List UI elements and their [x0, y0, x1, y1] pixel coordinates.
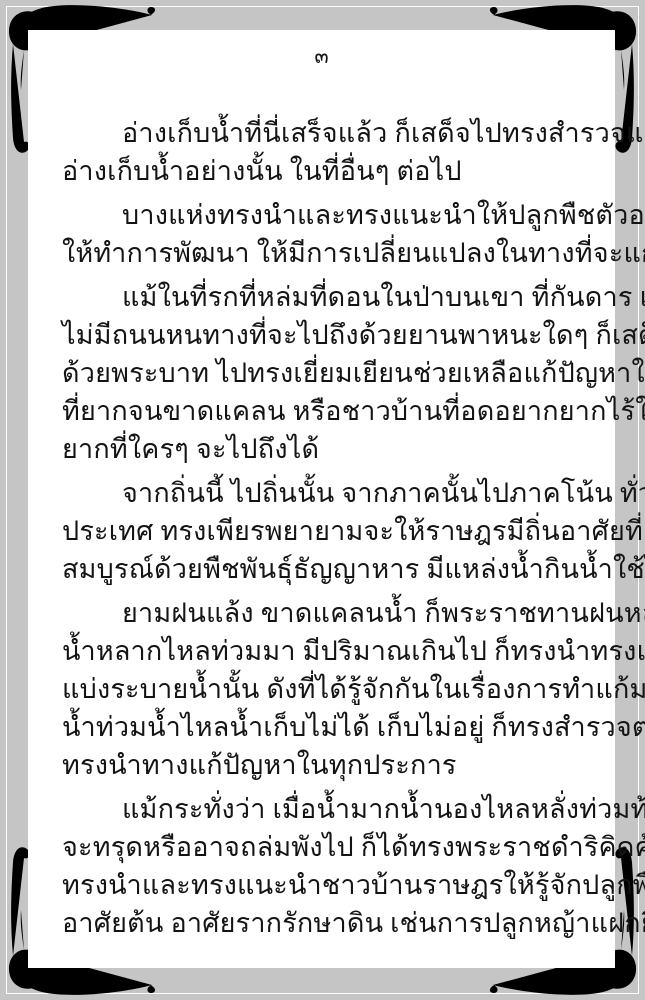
text-line: แบ่งระบายน้ำนั้น ดังที่ได้รู้จักกันในเรื… — [62, 670, 583, 708]
text-line: จากถิ่นนี้ ไปถิ่นนั้น จากภาคนั้นไปภาคโน้… — [62, 474, 583, 512]
text-line: ยากที่ใครๆ จะไปถึงได้ — [62, 430, 583, 468]
text-line: ทรงนำทางแก้ปัญหาในทุกประการ — [62, 746, 583, 784]
paragraph-5: ยามฝนแล้ง ขาดแคลนน้ำ ก็พระราชทานฝนหลวง ย… — [62, 594, 583, 784]
text-line: อ่างเก็บน้ำอย่างนั้น ในที่อื่นๆ ต่อไป — [62, 152, 583, 190]
book-page: ๓ อ่างเก็บน้ำที่นี่เสร็จแล้ว ก็เสด็จไปทร… — [0, 0, 645, 1000]
text-line: อาศัยต้น อาศัยรากรักษาดิน เช่นการปลูกหญ้… — [62, 904, 583, 942]
paragraph-2: บางแห่งทรงนำและทรงแนะนำให้ปลูกพืชตัวอย่า… — [62, 196, 583, 272]
page-sheet: ๓ อ่างเก็บน้ำที่นี่เสร็จแล้ว ก็เสด็จไปทร… — [28, 30, 615, 968]
body-text: อ่างเก็บน้ำที่นี่เสร็จแล้ว ก็เสด็จไปทรงส… — [62, 114, 583, 948]
text-line: จะทรุดหรืออาจถล่มพังไป ก็ได้ทรงพระราชดำร… — [62, 828, 583, 866]
paragraph-1: อ่างเก็บน้ำที่นี่เสร็จแล้ว ก็เสด็จไปทรงส… — [62, 114, 583, 190]
text-line: ที่ยากจนขาดแคลน หรือชาวบ้านที่อดอยากยากไ… — [62, 392, 583, 430]
text-line: น้ำท่วมน้ำไหลน้ำเก็บไม่ได้ เก็บไม่อยู่ ก… — [62, 708, 583, 746]
paragraph-6: แม้กระทั่งว่า เมื่อน้ำมากน้ำนองไหลหลั่งท… — [62, 790, 583, 942]
page-number: ๓ — [28, 40, 615, 72]
text-line: สมบูรณ์ด้วยพืชพันธุ์ธัญญาหาร มีแหล่งน้ำก… — [62, 550, 583, 588]
text-line: บางแห่งทรงนำและทรงแนะนำให้ปลูกพืชตัวอย่า… — [62, 196, 583, 234]
text-line: ประเทศ ทรงเพียรพยายามจะให้ราษฎรมีถิ่นอาศ… — [62, 512, 583, 550]
text-line: แม้กระทั่งว่า เมื่อน้ำมากน้ำนองไหลหลั่งท… — [62, 790, 583, 828]
text-line: ยามฝนแล้ง ขาดแคลนน้ำ ก็พระราชทานฝนหลวง ย… — [62, 594, 583, 632]
text-line: ให้ทำการพัฒนา ให้มีการเปลี่ยนแปลงในทางที… — [62, 234, 583, 272]
text-line: แม้ในที่รกที่หล่มที่ดอนในป่าบนเขา ที่กัน… — [62, 278, 583, 316]
text-line: ทรงนำและทรงแนะนำชาวบ้านราษฎรให้รู้จักปลู… — [62, 866, 583, 904]
text-line: ไม่มีถนนหนทางที่จะไปถึงด้วยยานพาหนะใดๆ ก… — [62, 316, 583, 354]
text-line: ด้วยพระบาท ไปทรงเยี่ยมเยียนช่วยเหลือแก้ป… — [62, 354, 583, 392]
paragraph-3: แม้ในที่รกที่หล่มที่ดอนในป่าบนเขา ที่กัน… — [62, 278, 583, 468]
paragraph-4: จากถิ่นนี้ ไปถิ่นนั้น จากภาคนั้นไปภาคโน้… — [62, 474, 583, 588]
text-line: อ่างเก็บน้ำที่นี่เสร็จแล้ว ก็เสด็จไปทรงส… — [62, 114, 583, 152]
text-line: น้ำหลากไหลท่วมมา มีปริมาณเกินไป ก็ทรงนำท… — [62, 632, 583, 670]
